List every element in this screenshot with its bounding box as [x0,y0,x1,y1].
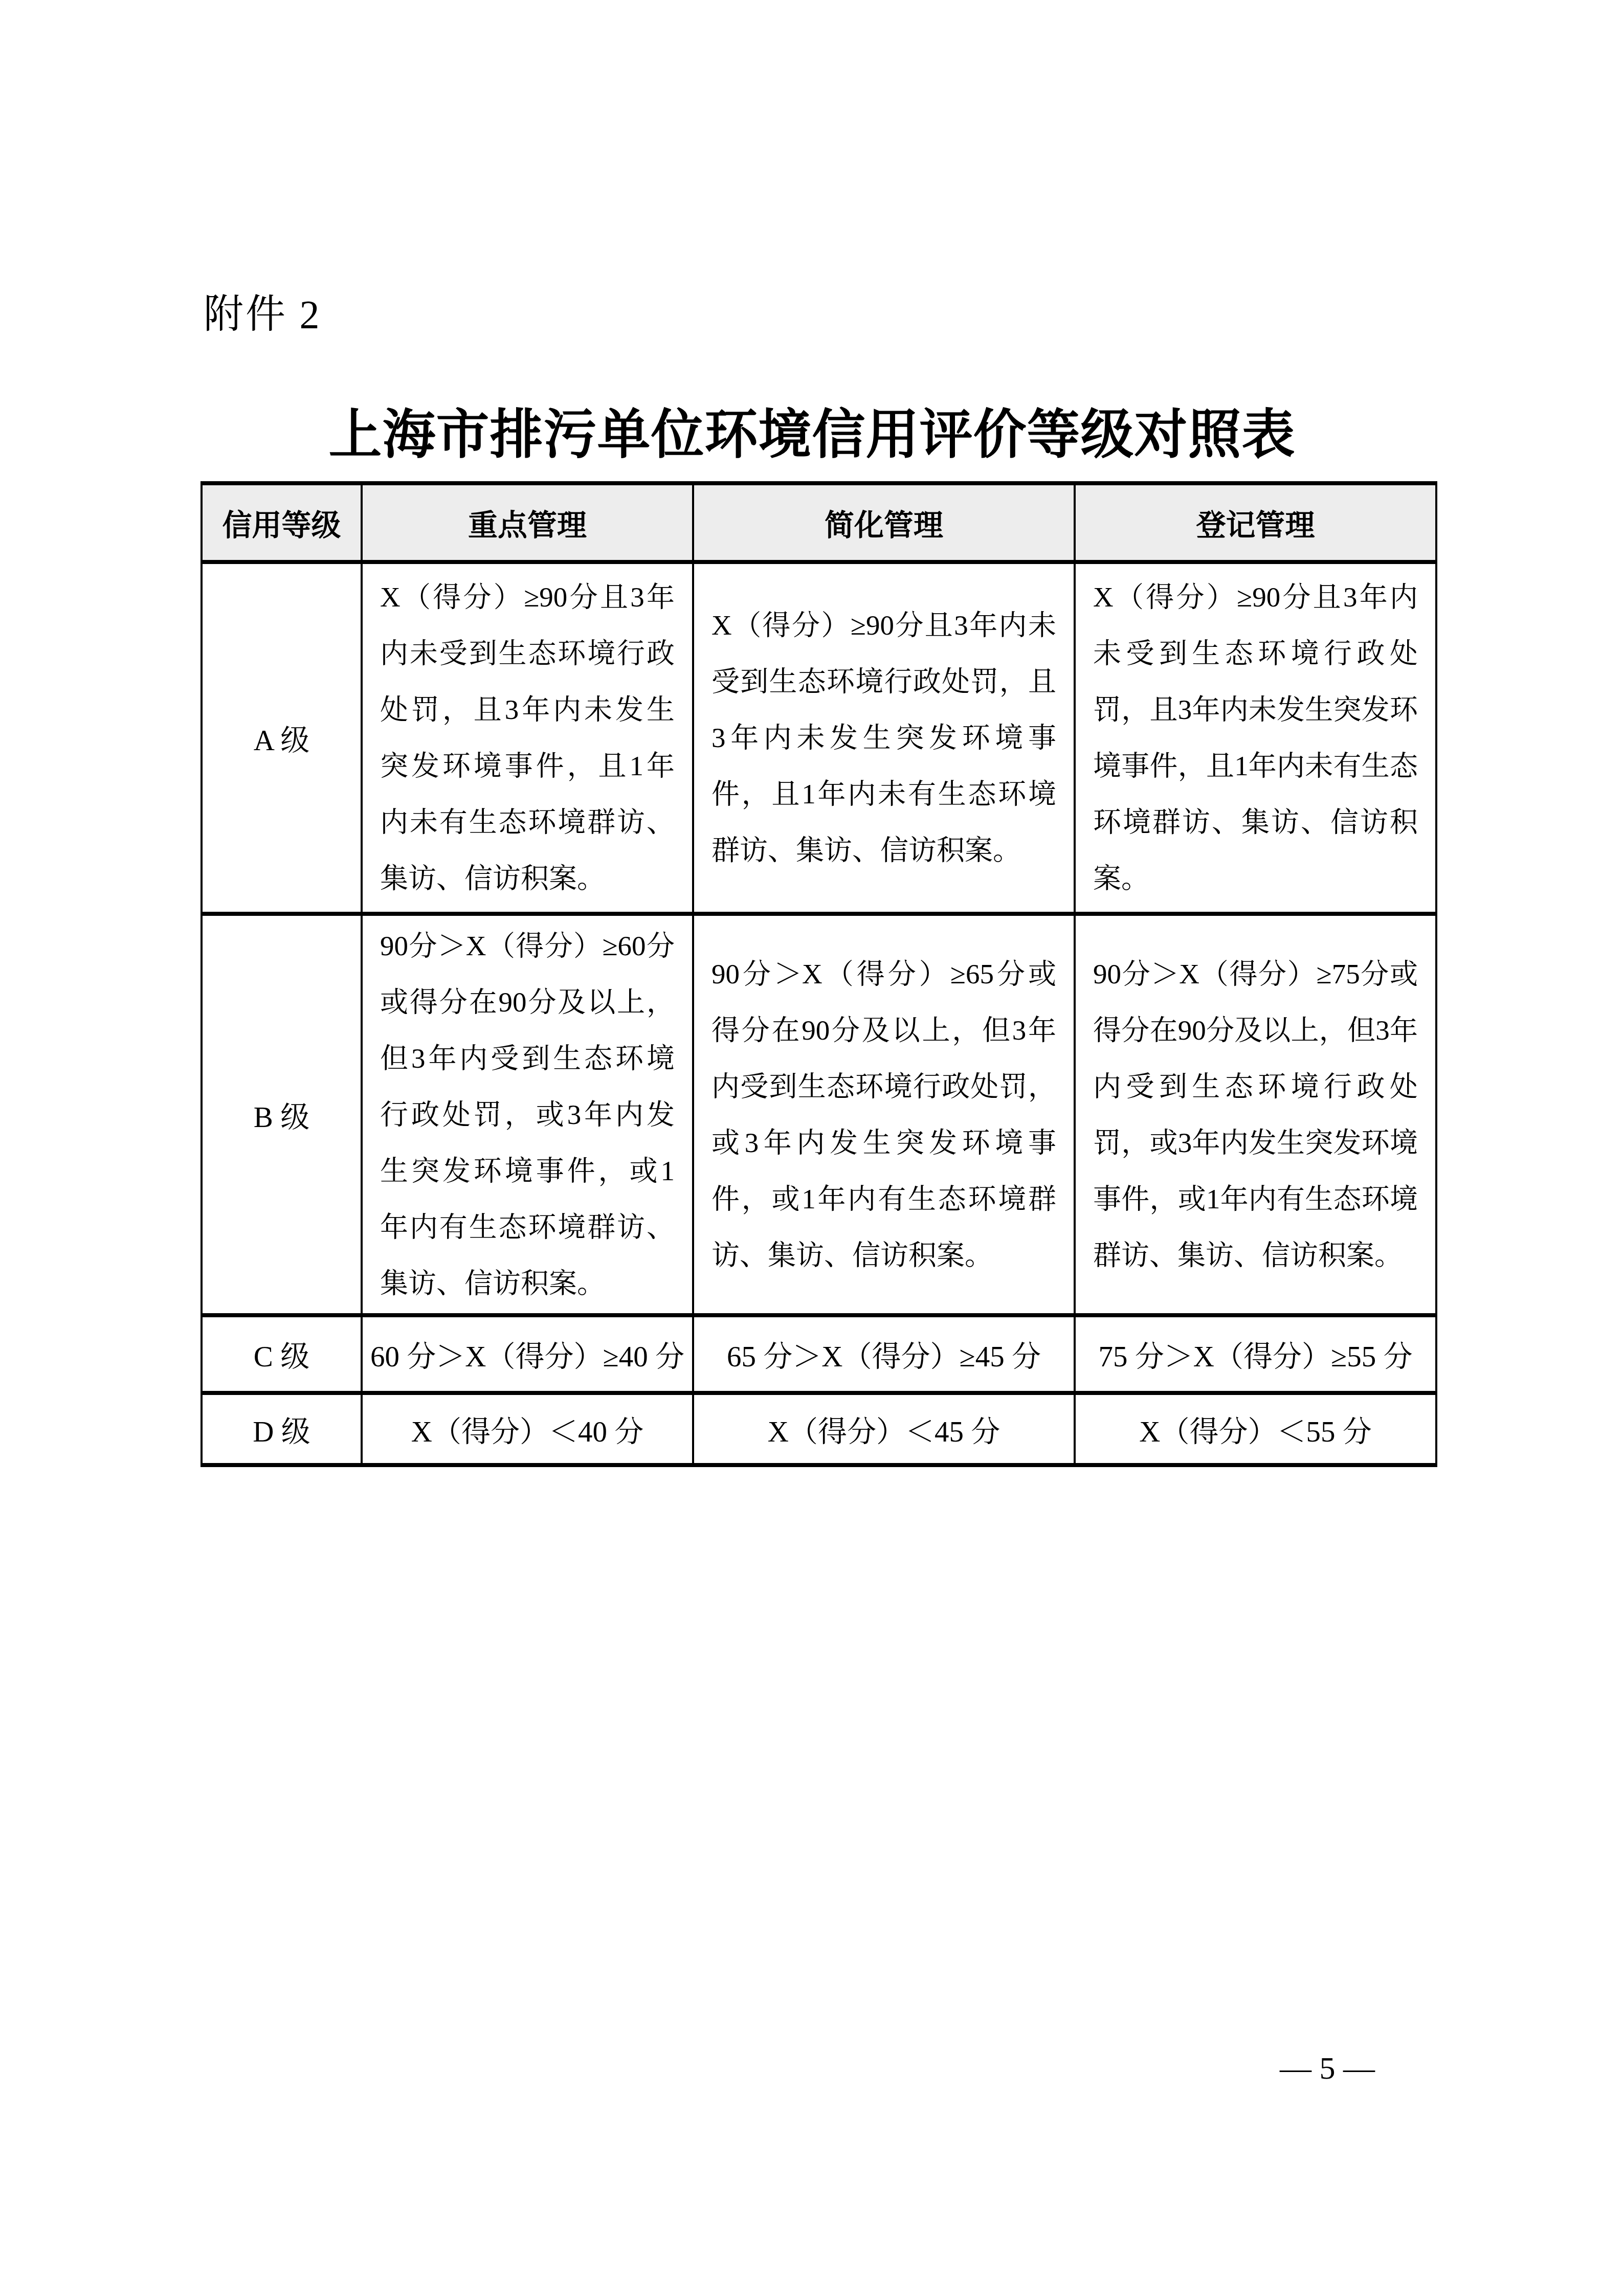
table-row-grade-b: B 级 90分＞X（得分）≥60分或得分在90分及以上，但3年内受到生态环境行政… [202,914,1436,1315]
column-header-registration-management: 登记管理 [1075,483,1436,562]
grade-b-key-criteria: 90分＞X（得分）≥60分或得分在90分及以上，但3年内受到生态环境行政处罚，或… [362,914,693,1315]
column-header-simplified-management: 简化管理 [693,483,1075,562]
grade-c-simplified-criteria: 65 分＞X（得分）≥45 分 [693,1315,1075,1393]
table-row-grade-a: A 级 X（得分）≥90分且3年内未受到生态环境行政处罚，且3年内未发生突发环境… [202,562,1436,914]
attachment-label: 附件 2 [204,282,322,340]
table-header-row: 信用等级 重点管理 简化管理 登记管理 [202,483,1436,562]
document-page: { "page": { "attachment_label": "附件 2", … [0,0,1624,2296]
grade-d-registration-criteria: X（得分）＜55 分 [1075,1393,1436,1465]
grade-b-registration-criteria: 90分＞X（得分）≥75分或得分在90分及以上，但3年内受到生态环境行政处罚，或… [1075,914,1436,1315]
grade-a-label: A 级 [202,562,362,914]
grade-c-registration-criteria: 75 分＞X（得分）≥55 分 [1075,1315,1436,1393]
column-header-key-management: 重点管理 [362,483,693,562]
grade-b-simplified-criteria: 90分＞X（得分）≥65分或得分在90分及以上，但3年内受到生态环境行政处罚，或… [693,914,1075,1315]
grade-c-key-criteria: 60 分＞X（得分）≥40 分 [362,1315,693,1393]
grade-d-key-criteria: X（得分）＜40 分 [362,1393,693,1465]
page-title: 上海市排污单位环境信用评价等级对照表 [0,392,1624,468]
credit-rating-table: 信用等级 重点管理 简化管理 登记管理 A 级 X（得分）≥90分且3年内未受到… [201,481,1437,1467]
page-number: — 5 — [1225,2051,1430,2087]
grade-a-simplified-criteria: X（得分）≥90分且3年内未受到生态环境行政处罚，且3年内未发生突发环境事件，且… [693,562,1075,914]
table-row-grade-c: C 级 60 分＞X（得分）≥40 分 65 分＞X（得分）≥45 分 75 分… [202,1315,1436,1393]
grade-c-label: C 级 [202,1315,362,1393]
grade-a-registration-criteria: X（得分）≥90分且3年内未受到生态环境行政处罚，且3年内未发生突发环境事件，且… [1075,562,1436,914]
grade-d-label: D 级 [202,1393,362,1465]
grade-a-key-criteria: X（得分）≥90分且3年内未受到生态环境行政处罚，且3年内未发生突发环境事件，且… [362,562,693,914]
table-row-grade-d: D 级 X（得分）＜40 分 X（得分）＜45 分 X（得分）＜55 分 [202,1393,1436,1465]
column-header-credit-level: 信用等级 [202,483,362,562]
grade-b-label: B 级 [202,914,362,1315]
grade-d-simplified-criteria: X（得分）＜45 分 [693,1393,1075,1465]
